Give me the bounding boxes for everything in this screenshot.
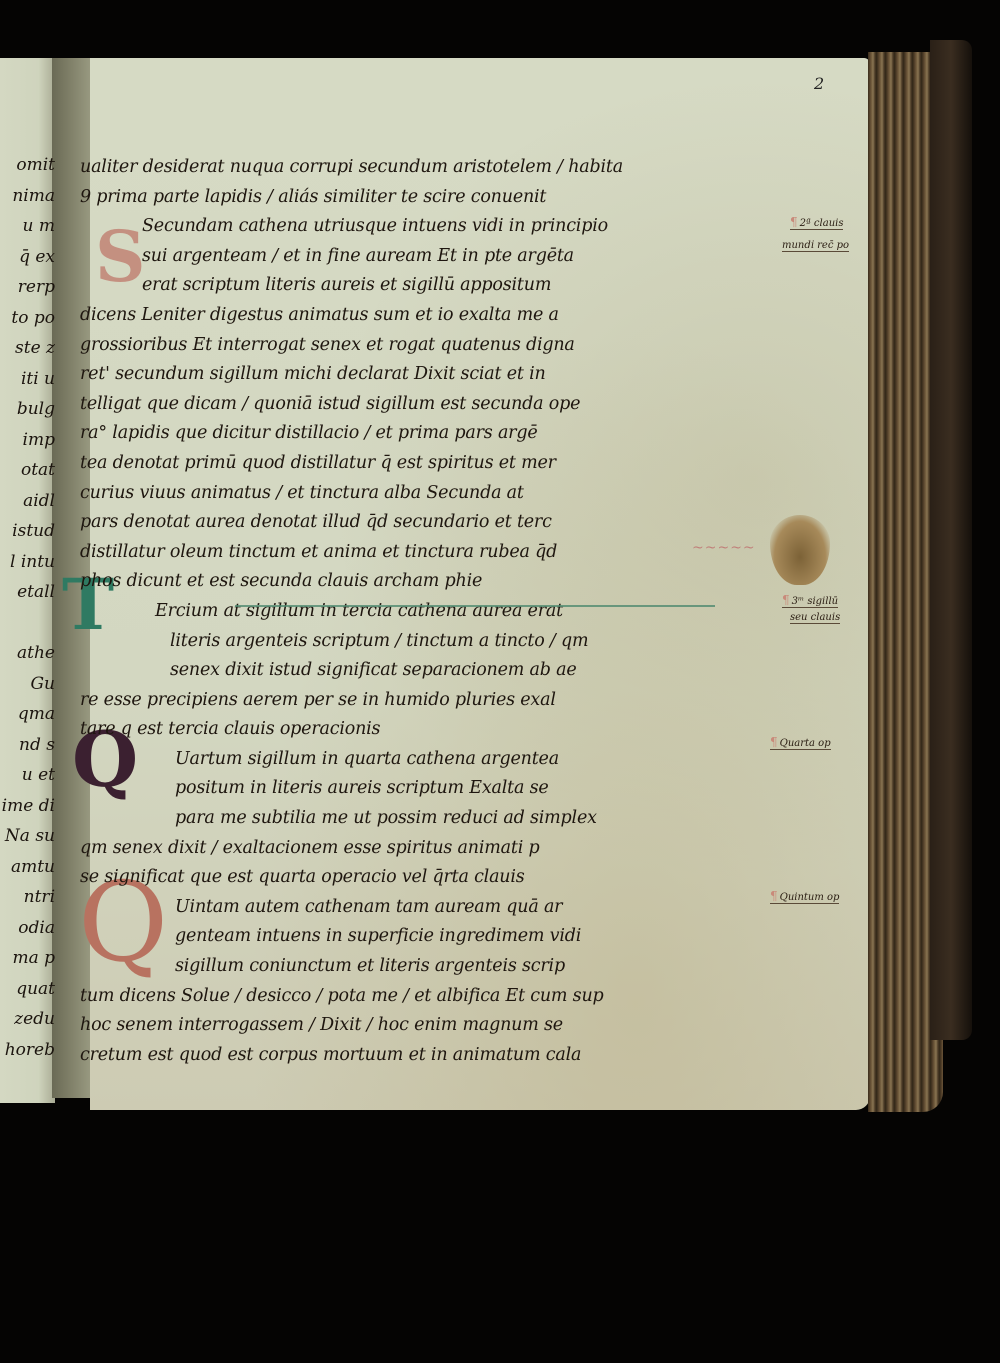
left-line: bulg bbox=[0, 394, 55, 425]
text-line: dicens Leniter digestus animatus sum et … bbox=[80, 301, 780, 331]
left-line: ime di bbox=[0, 791, 55, 822]
folio-number: 2 bbox=[814, 74, 824, 93]
left-line: nd s bbox=[0, 730, 55, 761]
left-line: horeb bbox=[0, 1035, 55, 1066]
margin-note-text: Quintum op bbox=[780, 892, 840, 903]
text-line: positum in literis aureis scriptum Exalt… bbox=[80, 774, 780, 804]
pilcrow-icon: ¶ bbox=[790, 215, 798, 229]
left-line: amtu bbox=[0, 852, 55, 883]
left-line: qma bbox=[0, 699, 55, 730]
rubric-line-filler: ~~~~~ bbox=[692, 540, 756, 556]
text-line: Uartum sigillum in quarta cathena argent… bbox=[80, 745, 780, 775]
left-page-text: omit nima u m q̄ ex rerp to po ste z iti… bbox=[0, 150, 55, 1065]
text-line: ra° lapidis que dicitur distillacio / et… bbox=[80, 419, 780, 449]
text-line: genteam intuens in superficie ingredimem… bbox=[80, 922, 780, 952]
text-line: cretum est quod est corpus mortuum et in… bbox=[80, 1041, 780, 1071]
text-line: Secundam cathena utriusque intuens vidi … bbox=[80, 212, 780, 242]
text-line: grossioribus Et interrogat senex et roga… bbox=[80, 331, 780, 361]
text-line: tare q est tercia clauis operacionis bbox=[80, 715, 780, 745]
text-line: sui argenteam / et in fine auream Et in … bbox=[80, 242, 780, 272]
left-line: ma p bbox=[0, 943, 55, 974]
book-cover bbox=[930, 40, 972, 1040]
text-line: Uintam autem cathenam tam auream quā ar bbox=[80, 893, 780, 923]
text-line: qm senex dixit / exaltacionem esse spiri… bbox=[80, 834, 780, 864]
text-line: tea denotat primū quod distillatur q̄ es… bbox=[80, 449, 780, 479]
margin-note: ¶Quarta op bbox=[770, 735, 831, 750]
left-line: nima bbox=[0, 181, 55, 212]
margin-note: ¶Quintum op bbox=[770, 889, 839, 904]
left-line: imp bbox=[0, 425, 55, 456]
text-line: para me subtilia me ut possim reduci ad … bbox=[80, 804, 780, 834]
left-line: ste z bbox=[0, 333, 55, 364]
text-line: erat scriptum literis aureis et sigillū … bbox=[80, 271, 780, 301]
left-line: etall bbox=[0, 577, 55, 608]
text-line: tum dicens Solue / desicco / pota me / e… bbox=[80, 982, 780, 1012]
main-text-block: ualiter desiderat nuqua corrupi secundum… bbox=[80, 153, 780, 1070]
pilcrow-icon: ¶ bbox=[782, 593, 790, 607]
left-line: rerp bbox=[0, 272, 55, 303]
margin-note: ¶2ª clauis bbox=[790, 215, 843, 230]
green-underline bbox=[235, 605, 715, 607]
text-line: Ercium at sigillum in tercia cathena aur… bbox=[80, 597, 780, 627]
pilcrow-icon: ¶ bbox=[770, 889, 778, 903]
left-line: ntri bbox=[0, 882, 55, 913]
left-line: athe bbox=[0, 638, 55, 669]
text-line: senex dixit istud significat separacione… bbox=[80, 656, 780, 686]
left-line: omit bbox=[0, 150, 55, 181]
text-line: 9 prima parte lapidis / aliás similiter … bbox=[80, 183, 780, 213]
left-line bbox=[0, 608, 55, 639]
text-line: ualiter desiderat nuqua corrupi secundum… bbox=[80, 153, 780, 183]
margin-note: seu clauis bbox=[790, 612, 840, 624]
text-line: ret' secundum sigillum michi declarat Di… bbox=[80, 360, 780, 390]
pilcrow-icon: ¶ bbox=[770, 735, 778, 749]
left-line: q̄ ex bbox=[0, 242, 55, 273]
left-line: u et bbox=[0, 760, 55, 791]
text-line: se significat que est quarta operacio ve… bbox=[80, 863, 780, 893]
left-line: iti u bbox=[0, 364, 55, 395]
margin-note: ¶3ᵐ sigillū bbox=[782, 593, 838, 608]
text-line: phos dicunt et est secunda clauis archam… bbox=[80, 567, 780, 597]
text-line: hoc senem interrogassem / Dixit / hoc en… bbox=[80, 1011, 780, 1041]
text-line: telligat que dicam / quoniā istud sigill… bbox=[80, 390, 780, 420]
text-line: distillatur oleum tinctum et anima et ti… bbox=[80, 538, 780, 568]
left-line: odia bbox=[0, 913, 55, 944]
left-line: istud bbox=[0, 516, 55, 547]
left-line: Na su bbox=[0, 821, 55, 852]
margin-note: mundi̇ rec̄ po bbox=[782, 240, 849, 252]
text-line: pars denotat aurea denotat illud q̄d sec… bbox=[80, 508, 780, 538]
text-line: curius viuus animatus / et tinctura alba… bbox=[80, 479, 780, 509]
margin-note-text: 3ᵐ sigillū bbox=[792, 596, 838, 607]
left-line: quat bbox=[0, 974, 55, 1005]
left-line: otat bbox=[0, 455, 55, 486]
margin-note-text: Quarta op bbox=[780, 738, 831, 749]
text-line: sigillum coniunctum et literis argenteis… bbox=[80, 952, 780, 982]
left-line: to po bbox=[0, 303, 55, 334]
margin-note-text: 2ª clauis bbox=[800, 218, 844, 229]
left-line: aidl bbox=[0, 486, 55, 517]
left-line: zedu bbox=[0, 1004, 55, 1035]
left-line: Gu bbox=[0, 669, 55, 700]
text-line: re esse precipiens aerem per se in humid… bbox=[80, 686, 780, 716]
margin-note-text: mundi̇ rec̄ po bbox=[782, 240, 849, 251]
left-line: l intu bbox=[0, 547, 55, 578]
text-line: literis argenteis scriptum / tinctum a t… bbox=[80, 627, 780, 657]
left-line: u m bbox=[0, 211, 55, 242]
margin-note-text: seu clauis bbox=[790, 612, 840, 623]
